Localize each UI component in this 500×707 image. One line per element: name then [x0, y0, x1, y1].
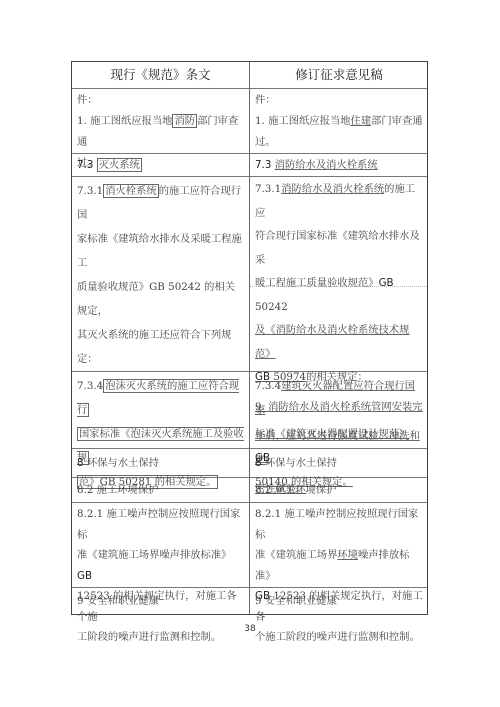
- text-line: 8.2.1 施工噪声控制应按照现行国家标: [255, 504, 423, 545]
- cell-left-row3: 7.3.4泡沫灭火系统的施工应符合现行 国家标准《泡沫灭火系统施工及验收规 范》…: [72, 374, 249, 494]
- text: 1. 施工图纸应报当地: [77, 115, 172, 127]
- cell-right-row1: 7.3 消防给水及消火栓系统: [250, 154, 428, 176]
- text: GB: [379, 277, 394, 289]
- text: 50242: [255, 301, 288, 313]
- header-revision-draft: 修订征求意见稿: [250, 62, 428, 88]
- cell-right-row7: 9 安全和职业健康: [250, 589, 428, 613]
- cell-left-row1: 7.3 灭火系统: [72, 154, 249, 176]
- text: GB: [77, 570, 92, 582]
- section-title: 环保与水土保持: [87, 457, 159, 469]
- boxed-text: 消防: [172, 114, 197, 128]
- cell-left-row2: 7.3.1消火栓系统的施工应符合现行国 家标准《建筑给水排水及采暖工程施工 质量…: [72, 179, 249, 371]
- cell-left-row4: 8 环保与水土保持: [72, 450, 249, 476]
- underlined-text: 及《消防给水及消火栓系统技术规范》: [255, 319, 423, 366]
- text-line: 过。: [255, 132, 423, 153]
- underlined-text: 住建: [350, 115, 371, 127]
- text-line: 7.3.1消火栓系统的施工应符合现行国: [77, 179, 244, 227]
- section-number: 8: [77, 457, 84, 469]
- cell-right-row4: 8 环保与水土保持: [250, 450, 428, 476]
- comparison-table: 现行《规范》条文 修订征求意见稿 件： 1. 施工图纸应报当地消防部门审查通 过…: [71, 61, 428, 615]
- text-line: 1. 施工图纸应报当地消防部门审查通: [77, 111, 244, 153]
- cell-left-row7: 9 安全和职业健康: [72, 589, 249, 613]
- text-line: 暖工程施工质量验收规范》GB 50242: [255, 272, 423, 319]
- text-line: 8.2.1 施工噪声控制应按照现行国家标: [77, 504, 244, 545]
- text-line: 7.3.4泡沫灭火系统的施工应符合现行: [77, 374, 244, 422]
- text-line: 7.3.1消防给水及消火栓系统的施工应: [255, 178, 423, 225]
- text: 1. 施工图纸应报当地: [255, 115, 350, 127]
- section-number: 7.3: [255, 159, 271, 171]
- text-line: 其灭火系统的施工还应符合下列规定：: [77, 323, 244, 371]
- text-line: 符合现行国家标准《建筑给水排水及采: [255, 225, 423, 272]
- boxed-text: 消火栓系统: [103, 184, 158, 198]
- text: 7.3.1: [255, 183, 281, 195]
- row-divider: [72, 88, 427, 89]
- text-line: 质量验收规范》GB 50242 的相关规定，: [77, 275, 244, 323]
- underlined-text: 消防给水及消火栓系统: [281, 183, 384, 195]
- text: 7.3.4: [77, 380, 103, 392]
- header-current-spec: 现行《规范》条文: [72, 62, 249, 88]
- section-number: 7.3: [77, 159, 93, 171]
- row-divider: [72, 176, 427, 177]
- underlined-text: 环境: [337, 549, 358, 561]
- section-number: 8: [255, 457, 262, 469]
- text-line: 件：: [255, 90, 423, 111]
- page-number: 38: [0, 624, 500, 634]
- section-title: 环保与水土保持: [265, 457, 337, 469]
- text-line: 准《建筑施工场界环境噪声排放标准》: [255, 545, 423, 586]
- text-line: 件：: [77, 90, 244, 111]
- boxed-text: 灭火系统: [97, 158, 142, 172]
- text: 7.3.1: [77, 185, 103, 197]
- underlined-text: 消防给水及消火栓系统: [275, 159, 378, 171]
- text: 部门审查通: [371, 115, 422, 127]
- text-line: 家标准《建筑给水排水及采暖工程施工: [77, 227, 244, 275]
- row-divider: [72, 502, 427, 503]
- text: 准《建筑施工场界: [255, 549, 337, 561]
- text: 暖工程施工质量验收规范》: [255, 277, 379, 289]
- cell-right-row5: 8.2 施工环境保护: [250, 478, 428, 502]
- cell-right-row0: 件： 1. 施工图纸应报当地住建部门审查通 过。: [250, 90, 428, 153]
- underlined-text: 标准《建筑灭火器配置设计规范》: [255, 428, 409, 440]
- cell-left-row5: 8.2 施工环境保护: [72, 478, 249, 502]
- cell-right-row3: 7.3.4建筑灭火器配置应符合现行国家 标准《建筑灭火器配置设计规范》GB 50…: [250, 374, 428, 494]
- text: 准《建筑施工场界噪声排放标准》: [77, 549, 231, 561]
- text-line: 7.3.4建筑灭火器配置应符合现行国家: [255, 374, 423, 422]
- text-line: 准《建筑施工场界噪声排放标准》GB: [77, 545, 244, 586]
- text-line: 1. 施工图纸应报当地住建部门审查通: [255, 111, 423, 132]
- text: 7.3.4: [255, 380, 281, 392]
